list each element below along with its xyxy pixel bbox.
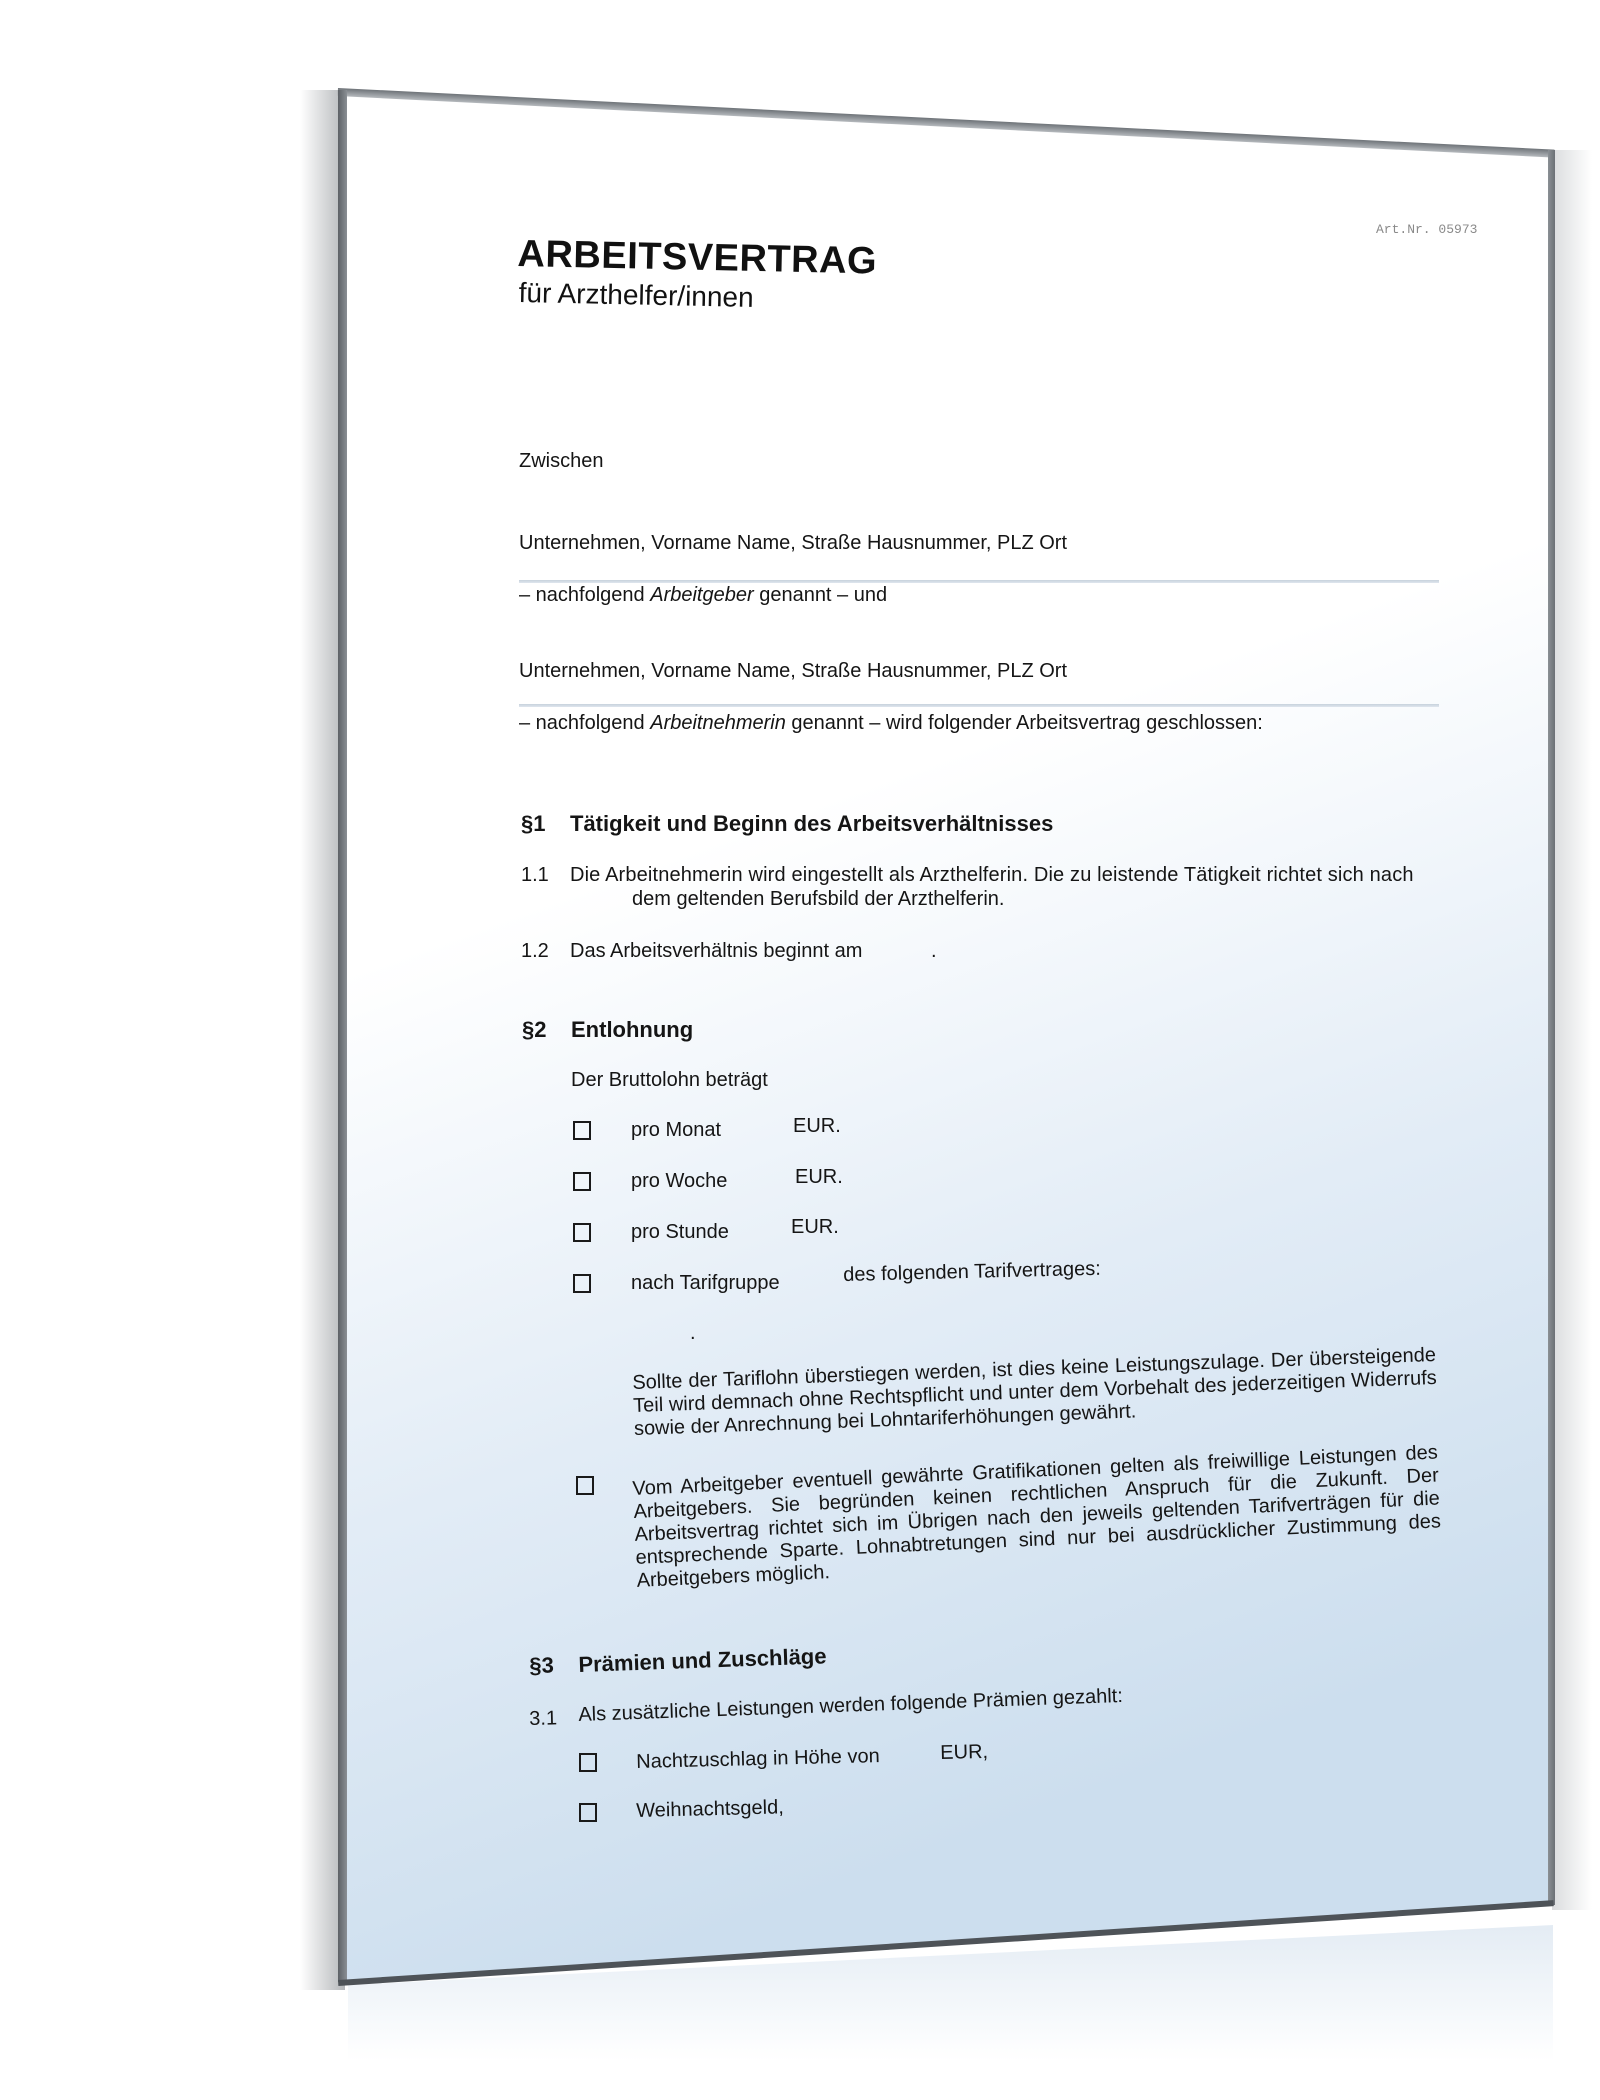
- tarif-blank: .: [690, 1322, 696, 1345]
- section1-title: Tätigkeit und Beginn des Arbeitsverhältn…: [570, 811, 1053, 837]
- option-nachtzuschlag-label: Nachtzuschlag in Höhe von: [636, 1745, 880, 1774]
- clause-1-2-number: 1.2: [521, 940, 549, 963]
- option-tarifgruppe-unit: des folgenden Tarifvertrages:: [843, 1258, 1101, 1287]
- section2-intro: Der Bruttolohn beträgt: [571, 1069, 768, 1092]
- option-tarifgruppe-label: nach Tarifgruppe: [631, 1272, 780, 1295]
- section2-title: Entlohnung: [571, 1017, 693, 1043]
- party1-note: – nachfolgend Arbeitgeber genannt – und: [519, 584, 887, 607]
- party2-note: – nachfolgend Arbeitnehmerin genannt – w…: [519, 712, 1263, 735]
- party2-note-prefix: – nachfolgend: [519, 712, 650, 734]
- section2-number: §2: [522, 1017, 546, 1043]
- intro-text: Zwischen: [519, 450, 603, 473]
- clause-3-1-text: Als zusätzliche Leistungen werden folgen…: [578, 1685, 1123, 1727]
- party1-fields: Unternehmen, Vorname Name, Straße Hausnu…: [519, 532, 1067, 555]
- clause-1-1-line1: Die Arbeitnehmerin wird eingestellt als …: [570, 864, 1414, 887]
- option-pro-stunde-unit: EUR.: [791, 1216, 839, 1239]
- checkbox-pro-stunde[interactable]: [573, 1223, 591, 1242]
- party1-rule: [519, 580, 1439, 583]
- article-number: Art.Nr. 05973: [1376, 222, 1477, 237]
- section3-title: Prämien und Zuschläge: [578, 1643, 827, 1678]
- option-pro-woche-unit: EUR.: [795, 1166, 843, 1189]
- option-pro-monat-unit: EUR.: [793, 1115, 841, 1138]
- section1-number: §1: [521, 811, 545, 837]
- party2-rule: [519, 704, 1439, 707]
- checkbox-weihnachtsgeld[interactable]: [579, 1803, 597, 1822]
- option-pro-stunde-label: pro Stunde: [631, 1221, 729, 1244]
- checkbox-nachtzuschlag[interactable]: [579, 1753, 597, 1772]
- option-weihnachtsgeld-label: Weihnachtsgeld,: [636, 1796, 784, 1823]
- gratification-text: Vom Arbeitgeber eventuell gewährte Grati…: [632, 1441, 1442, 1592]
- clause-1-2-blank-end: .: [931, 940, 937, 963]
- clause-3-1-number: 3.1: [529, 1707, 557, 1731]
- option-nachtzuschlag-unit: EUR,: [940, 1741, 988, 1765]
- party1-role: Arbeitgeber: [650, 584, 753, 606]
- checkbox-tarifgruppe[interactable]: [573, 1274, 591, 1293]
- clause-1-2-text: Das Arbeitsverhältnis beginnt am: [570, 940, 862, 963]
- checkbox-pro-monat[interactable]: [573, 1121, 591, 1140]
- document-title: ARBEITSVERTRAG: [517, 233, 877, 284]
- document-preview: Art.Nr. 05973 ARBEITSVERTRAG für Arzthel…: [0, 0, 1600, 2100]
- party2-fields: Unternehmen, Vorname Name, Straße Hausnu…: [519, 660, 1067, 683]
- clause-1-1-number: 1.1: [521, 864, 549, 887]
- document-subtitle: für Arzthelfer/innen: [518, 277, 754, 314]
- checkbox-pro-woche[interactable]: [573, 1172, 591, 1191]
- party2-role: Arbeitnehmerin: [650, 712, 786, 734]
- party2-note-suffix: genannt – wird folgender Arbeitsvertrag …: [786, 712, 1263, 734]
- party1-note-suffix: genannt – und: [754, 584, 887, 606]
- option-pro-woche-label: pro Woche: [631, 1170, 727, 1193]
- section3-number: §3: [529, 1652, 554, 1679]
- checkbox-gratification[interactable]: [576, 1476, 594, 1495]
- tarif-note: Sollte der Tariflohn überstiegen werden,…: [632, 1344, 1438, 1441]
- party1-note-prefix: – nachfolgend: [519, 584, 650, 606]
- clause-1-1-line2: dem geltenden Berufsbild der Arzthelferi…: [632, 888, 1004, 911]
- option-pro-monat-label: pro Monat: [631, 1119, 721, 1142]
- document-content: Art.Nr. 05973 ARBEITSVERTRAG für Arzthel…: [0, 0, 1600, 2100]
